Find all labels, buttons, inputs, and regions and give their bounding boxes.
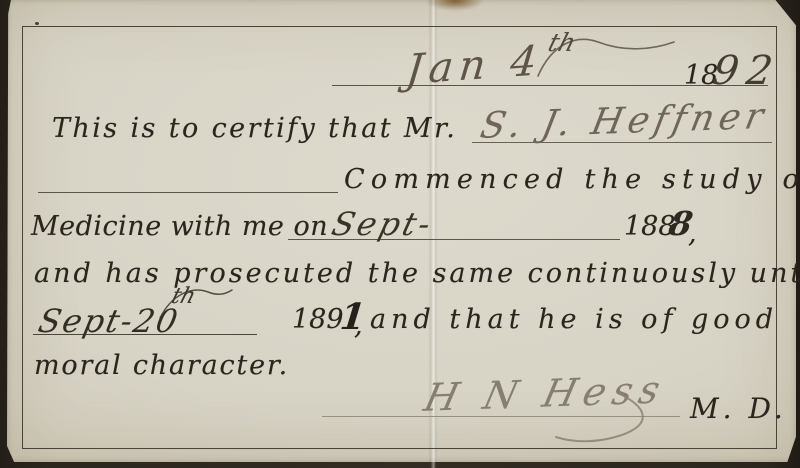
moral-character-text: moral character. [34, 350, 289, 381]
photograph: Jan 4 th 18 92 This is to certify that M… [0, 0, 800, 468]
degree-title-text: M. D. [690, 392, 787, 425]
month-handwriting: Sept- [328, 205, 437, 243]
comma-printed: , [688, 218, 697, 249]
commenced-text: Commenced the study of [344, 164, 800, 195]
year-1891-printed-prefix: 189 [292, 304, 344, 335]
signature-handwriting: H N Hess [420, 367, 671, 420]
blank-rule [38, 192, 338, 193]
comma-printed-2: , [354, 310, 363, 341]
medicine-text: Medicine with me on [31, 211, 328, 242]
year-1892-handwriting: 92 [710, 48, 783, 94]
good-character-text: and that he is of good [370, 304, 778, 335]
ink-speck [35, 22, 39, 25]
year-1891-handwriting: 1 [338, 296, 367, 338]
certify-text: This is to certify that Mr. [52, 113, 457, 144]
prosecuted-text: and has prosecuted the same continuously… [34, 258, 800, 289]
until-date-handwriting: Sept-20 [35, 302, 183, 340]
date-day-handwriting: Jan 4 [404, 36, 545, 94]
